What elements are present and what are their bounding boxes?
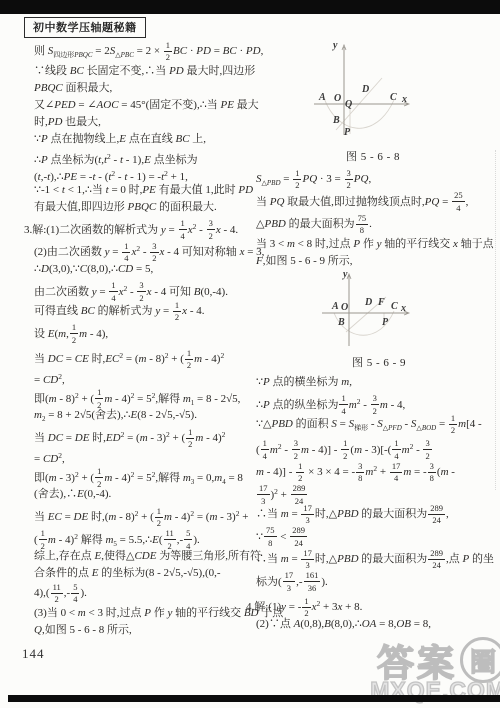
fraction: 28924 bbox=[290, 526, 307, 547]
fraction: 12 bbox=[296, 462, 304, 483]
math-line: 173)2 + 28924 bbox=[256, 481, 492, 504]
math-line: (2)由二次函数 y = 14x2 - 32x - 4 可知对称轴 x = 3, bbox=[34, 238, 258, 261]
fraction: 32 bbox=[371, 394, 379, 415]
math-line: ∴P 点的纵坐标为14m2 - 32m - 4, bbox=[256, 391, 492, 414]
math-line: ∵P 点在抛物线上,E 点在直线 BC 上, bbox=[34, 131, 258, 148]
math-line: 又∠PED = ∠AOC = 45°(固定不变),∴当 PE 最大 bbox=[34, 97, 258, 114]
point-label-O: O bbox=[341, 303, 348, 313]
watermark-circled-char: 圈 bbox=[470, 642, 496, 679]
math-line: 当 PQ 取最大值,即过抛物线顶点时,PQ = 254, bbox=[256, 191, 492, 214]
fraction: 12 bbox=[39, 529, 47, 550]
fraction: 32 bbox=[423, 439, 431, 460]
math-line: PBQC 面积最大, bbox=[34, 80, 258, 97]
point-label-C: C bbox=[390, 93, 397, 103]
math-line: F,如图 5 - 6 - 9 所示, bbox=[256, 253, 492, 270]
fraction: 12 bbox=[173, 301, 181, 322]
header-badge: 初中数学压轴题秘籍 bbox=[24, 17, 146, 38]
fraction: 38 bbox=[428, 462, 436, 483]
fraction: 16136 bbox=[304, 571, 321, 592]
fraction: 12 bbox=[164, 41, 172, 62]
fraction: 28924 bbox=[291, 484, 308, 505]
point-label-B: B bbox=[338, 318, 345, 328]
top-scan-bar bbox=[0, 0, 500, 14]
math-line: 当 3 < m < 8 时,过点 P 作 y 轴的平行线交 x 轴于点 bbox=[256, 236, 492, 253]
fraction: 758 bbox=[356, 214, 369, 235]
fraction: 12 bbox=[302, 597, 310, 618]
figure-5-6-8-caption: 图 5 - 6 - 8 bbox=[298, 148, 448, 164]
math-line: = CD2, bbox=[34, 447, 258, 464]
fraction: 112 bbox=[164, 529, 176, 550]
fraction: 112 bbox=[51, 583, 63, 604]
point-label-F: F bbox=[378, 298, 385, 308]
math-line: ∴当 m = 173时,△PBD 的最大面积为28924,点 P 的坐 bbox=[256, 548, 492, 571]
math-line: m2 = 8 + 2√5(舍去),∴E(8 - 2√5,-√5). bbox=[34, 407, 258, 424]
fraction: 12 bbox=[95, 388, 103, 409]
math-line: (14m2 - 32m - 4)] - 12(m - 3)[-(14m2 - 3… bbox=[256, 436, 492, 459]
fraction: 12 bbox=[186, 428, 194, 449]
fraction: 12 bbox=[185, 349, 193, 370]
math-line: (t,-t),∴PE = -t - (t2 - t - 1) = -t2 + 1… bbox=[34, 165, 258, 182]
math-line: 设 E(m,12m - 4), bbox=[34, 323, 258, 346]
math-line: (12m - 4)2 解得 m5 = 5.5,∴E(112,-54). bbox=[34, 526, 258, 549]
math-line: Q,如图 5 - 6 - 8 所示, bbox=[34, 622, 258, 639]
point-label-Q: Q bbox=[345, 100, 352, 110]
axis-label-y: y bbox=[333, 41, 337, 51]
math-line: 当 DC = CE 时,EC2 = (m - 8)2 + (12m - 4)2 bbox=[34, 345, 258, 368]
math-line: 当 DC = DE 时,ED2 = (m - 3)2 + (12m - 4)2 bbox=[34, 424, 258, 447]
right-text-block-2: ∵P 点的横坐标为 m,∴P 点的纵坐标为14m2 - 32m - 4,∵△PB… bbox=[256, 374, 492, 633]
math-line: 合条件的点 E 的坐标为(8 - 2√5,-√5),(0,- bbox=[34, 565, 258, 582]
figure-5-6-9-axes bbox=[304, 270, 454, 350]
fraction: 173 bbox=[301, 549, 314, 570]
fraction: 174 bbox=[390, 462, 403, 483]
figure-5-6-9: y x A O D F C B P 图 5 - 6 - 9 bbox=[304, 270, 454, 374]
axis-label-x: x bbox=[402, 95, 407, 105]
figure-5-6-8: y x A O Q D C B P 图 5 - 6 - 8 bbox=[298, 40, 448, 168]
point-label-O: O bbox=[334, 94, 341, 104]
point-label-A: A bbox=[319, 93, 326, 103]
scan-artifact-dots bbox=[495, 150, 496, 490]
math-line: 则 S四边形PBQC = 2S△PBC = 2 × 12BC · PD = BC… bbox=[34, 40, 258, 63]
math-line: = CD2, bbox=[34, 368, 258, 385]
fraction: 12 bbox=[70, 323, 78, 344]
fraction: 12 bbox=[341, 439, 349, 460]
math-line: 当 EC = DE 时,(m - 8)2 + (12m - 4)2 = (m -… bbox=[34, 503, 258, 526]
fraction: 32 bbox=[207, 219, 215, 240]
fraction: 38 bbox=[356, 462, 364, 483]
math-line: 4),(112,-54). bbox=[34, 582, 258, 605]
math-line: 4.解:(1)y = -12x2 + 3x + 8. bbox=[246, 593, 492, 616]
math-line: m - 4)] - 12 × 3 × 4 = -38m2 + 174m = -3… bbox=[256, 458, 492, 481]
point-label-P: P bbox=[382, 318, 388, 328]
fraction: 173 bbox=[301, 504, 314, 525]
fraction: 173 bbox=[257, 484, 270, 505]
math-line: 3.解:(1)二次函数的解析式为 y = 14x2 - 32x - 4. bbox=[24, 216, 258, 239]
math-line: S△PBD = 12PQ · 3 = 32PQ, bbox=[256, 168, 492, 191]
point-label-C: C bbox=[391, 302, 398, 312]
fraction: 32 bbox=[137, 281, 145, 302]
math-line: 即(m - 3)2 + (12m - 4)2 = 52,解得 m3 = 0,m4… bbox=[34, 464, 258, 487]
math-line: 有最大值,即四边形 PBQC 的面积最大. bbox=[34, 199, 258, 216]
fraction: 28924 bbox=[428, 504, 445, 525]
math-line: 可得直线 BC 的解析式为 y = 12x - 4. bbox=[34, 300, 258, 323]
fraction: 12 bbox=[449, 414, 457, 435]
math-line: 综上,存在点 E,使得△CDE 为等腰三角形,所有符 bbox=[34, 548, 258, 565]
fraction: 14 bbox=[122, 242, 130, 263]
math-line: 时,PD 也最大, bbox=[34, 114, 258, 131]
fraction: 32 bbox=[150, 242, 158, 263]
fraction: 14 bbox=[109, 281, 117, 302]
axis-label-y: y bbox=[343, 270, 347, 280]
math-line: ∵-1 < t < 1,∴当 t = 0 时,PE 有最大值 1,此时 PD bbox=[34, 182, 258, 199]
figure-5-6-8-plot: y x A O Q D C B P bbox=[298, 40, 448, 144]
axis-label-x: x bbox=[401, 304, 406, 314]
fraction: 12 bbox=[95, 467, 103, 488]
math-line: ∵线段 BC 长固定不变,∴当 PD 最大时,四边形 bbox=[34, 63, 258, 80]
fraction: 32 bbox=[345, 169, 353, 190]
page-number: 144 bbox=[22, 646, 45, 662]
figure-5-6-9-plot: y x A O D F C B P bbox=[304, 270, 454, 350]
point-label-B: B bbox=[333, 116, 340, 126]
bottom-scan-bar bbox=[8, 695, 500, 702]
fraction: 32 bbox=[292, 439, 300, 460]
fraction: 28924 bbox=[428, 549, 445, 570]
left-text-column: 则 S四边形PBQC = 2S△PBC = 2 × 12BC · PD = BC… bbox=[34, 40, 258, 639]
right-text-block-1: S△PBD = 12PQ · 3 = 32PQ,当 PQ 取最大值,即过抛物线顶… bbox=[256, 168, 492, 270]
fraction: 54 bbox=[71, 583, 79, 604]
math-line: ∴当 m = 173时,△PBD 的最大面积为28924, bbox=[256, 503, 492, 526]
fraction: 758 bbox=[264, 526, 277, 547]
math-line: (3)当 0 < m < 3 时,过点 P 作 y 轴的平行线交 BD 于点 bbox=[34, 605, 258, 622]
figure-5-6-9-caption: 图 5 - 6 - 9 bbox=[304, 354, 454, 370]
point-label-P: P bbox=[344, 128, 350, 138]
fraction: 254 bbox=[452, 191, 465, 212]
fraction: 14 bbox=[179, 219, 187, 240]
point-label-D: D bbox=[365, 298, 372, 308]
math-line: (舍去),∴E(0,-4). bbox=[34, 486, 258, 503]
math-line: 即(m - 8)2 + (12m - 4)2 = 52,解得 m1 = 8 - … bbox=[34, 385, 258, 408]
math-line: 由二次函数 y = 14x2 - 32x - 4 可知 B(0,-4). bbox=[34, 278, 258, 301]
fraction: 14 bbox=[261, 439, 269, 460]
right-text-column: y x A O Q D C B P 图 5 - 6 - 8 S△PBD = 12… bbox=[256, 40, 492, 633]
math-line: 标为(173,-16136). bbox=[256, 571, 492, 594]
fraction: 12 bbox=[155, 507, 163, 528]
fraction: 173 bbox=[283, 571, 296, 592]
watermark: 答案圈 MXQE.COM bbox=[370, 633, 500, 704]
math-line: ∵△PBD 的面积 S = S梯形 - S△PFD - S△BOD = 12m[… bbox=[256, 413, 492, 436]
fraction: 14 bbox=[392, 439, 400, 460]
fraction: 14 bbox=[339, 394, 347, 415]
point-label-A: A bbox=[332, 302, 339, 312]
math-line: ∴D(3,0),∵C(8,0),∴CD = 5, bbox=[34, 261, 258, 278]
math-line: ∴P 点坐标为(t,t2 - t - 1),E 点坐标为 bbox=[34, 148, 258, 165]
fraction: 54 bbox=[184, 529, 192, 550]
watermark-brand: 答案圈 bbox=[370, 633, 500, 679]
fraction: 12 bbox=[293, 169, 301, 190]
math-line: ∵758 < 28924 bbox=[256, 526, 492, 549]
math-line: ∵P 点的横坐标为 m, bbox=[256, 374, 492, 391]
math-line: △PBD 的最大面积为758. bbox=[256, 213, 492, 236]
math-line: (2)∵点 A(0,8),B(8,0),∴OA = 8,OB = 8, bbox=[256, 616, 492, 633]
point-label-D: D bbox=[362, 85, 369, 95]
